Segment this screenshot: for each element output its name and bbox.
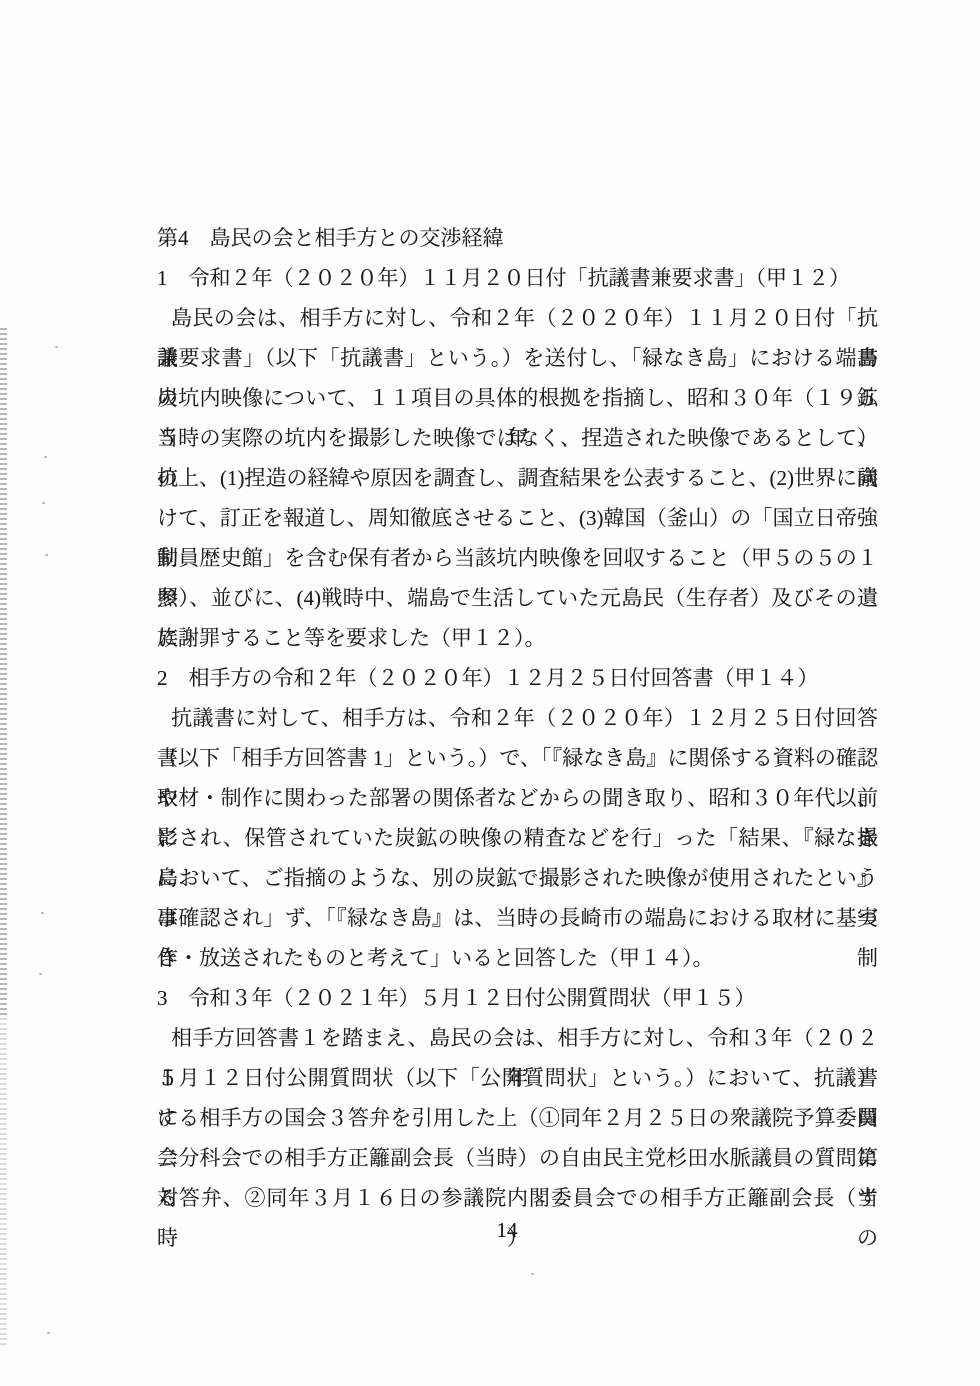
text-line-body: 二分科会での相手方正籬副会長（当時）の自由民主党杉田水脈議員の質問に対す: [157, 1138, 878, 1178]
scan-speck: [55, 346, 58, 348]
text-line-body-last: に謝罪すること等を要求した（甲１２）。: [157, 618, 878, 658]
text-line-body: 取材・制作に関わった部署の関係者などからの聞き取り、昭和３０年代以前に撮: [157, 778, 878, 818]
text-line-section-heading: 第4 島民の会と相手方との交渉経緯: [157, 218, 878, 258]
text-line-body-first: 相手方回答書１を踏まえ、島民の会は、相手方に対し、令和３年（２０２１年）: [157, 1018, 878, 1058]
text-line-body: 影され、保管されていた炭鉱の映像の精査などを行」った「結果、『緑なき島』: [157, 818, 878, 858]
document-body: 第4 島民の会と相手方との交渉経緯1 令和２年（２０２０年）１１月２０日付「抗議…: [157, 218, 878, 1218]
scan-edge-artifact: [0, 328, 7, 1018]
scan-speck: [41, 912, 44, 914]
text-line-body: の上、(1)捏造の経緯や原因を調査し、調査結果を公表すること、(2)世界に向: [157, 458, 878, 498]
text-line-body: 当時の実際の坑内を撮影した映像ではなく、捏造された映像であるとして、抗議: [157, 418, 878, 458]
page-number: 14: [157, 1210, 857, 1250]
text-line-body: の坑内映像について、１１項目の具体的根拠を指摘し、昭和３０年（１９５５年）: [157, 378, 878, 418]
scan-edge-artifact-lower: [0, 1018, 7, 1348]
scan-speck: [44, 456, 47, 458]
document-page: 第4 島民の会と相手方との交渉経緯1 令和２年（２０２０年）１１月２０日付「抗議…: [0, 0, 980, 1386]
text-line-body: 照）、並びに、(4)戦時中、端島で生活していた元島民（生存者）及びその遺族: [157, 578, 878, 618]
text-line-body: けて、訂正を報道し、周知徹底させること、(3)韓国（釜山）の「国立日帝強制: [157, 498, 878, 538]
text-line-item-heading: 1 令和２年（２０２０年）１１月２０日付「抗議書兼要求書」（甲１２）: [157, 258, 878, 298]
text-line-body: は確認され」ず、「『緑なき島』は、当時の長崎市の端島における取材に基づき制: [157, 898, 878, 938]
text-line-item-heading: 2 相手方の令和２年（２０２０年）１２月２５日付回答書（甲１４）: [157, 658, 878, 698]
scan-speck: [42, 502, 45, 504]
text-line-body: 動員歴史館」を含む保有者から当該坑内映像を回収すること（甲５の５の１参: [157, 538, 878, 578]
scan-speck: [47, 1332, 50, 1334]
scan-speck: [45, 554, 48, 556]
text-line-body-first: 抗議書に対して、相手方は、令和２年（２０２０年）１２月２５日付回答書: [157, 698, 878, 738]
text-line-body: 兼要求書」（以下「抗議書」という。）を送付し、「緑なき島」における端島炭鉱: [157, 338, 878, 378]
text-line-body: する相手方の国会３答弁を引用した上（①同年２月２５日の衆議院予算委員会第: [157, 1098, 878, 1138]
text-line-body-first: 島民の会は、相手方に対し、令和２年（２０２０年）１１月２０日付「抗議書: [157, 298, 878, 338]
text-line-body: （以下「相手方回答書 1」という。）で、「『緑なき島』に関係する資料の確認や、: [157, 738, 878, 778]
text-line-body: において、ご指摘のような、別の炭鉱で撮影された映像が使用されたという事実: [157, 858, 878, 898]
text-line-item-heading: 3 令和３年（２０２１年）５月１２日付公開質問状（甲１５）: [157, 978, 878, 1018]
text-line-body: ５月１２日付公開質問状（以下「公開質問状」という。）において、抗議書に関: [157, 1058, 878, 1098]
scan-speck: [531, 1273, 534, 1275]
scan-speck: [39, 973, 42, 975]
